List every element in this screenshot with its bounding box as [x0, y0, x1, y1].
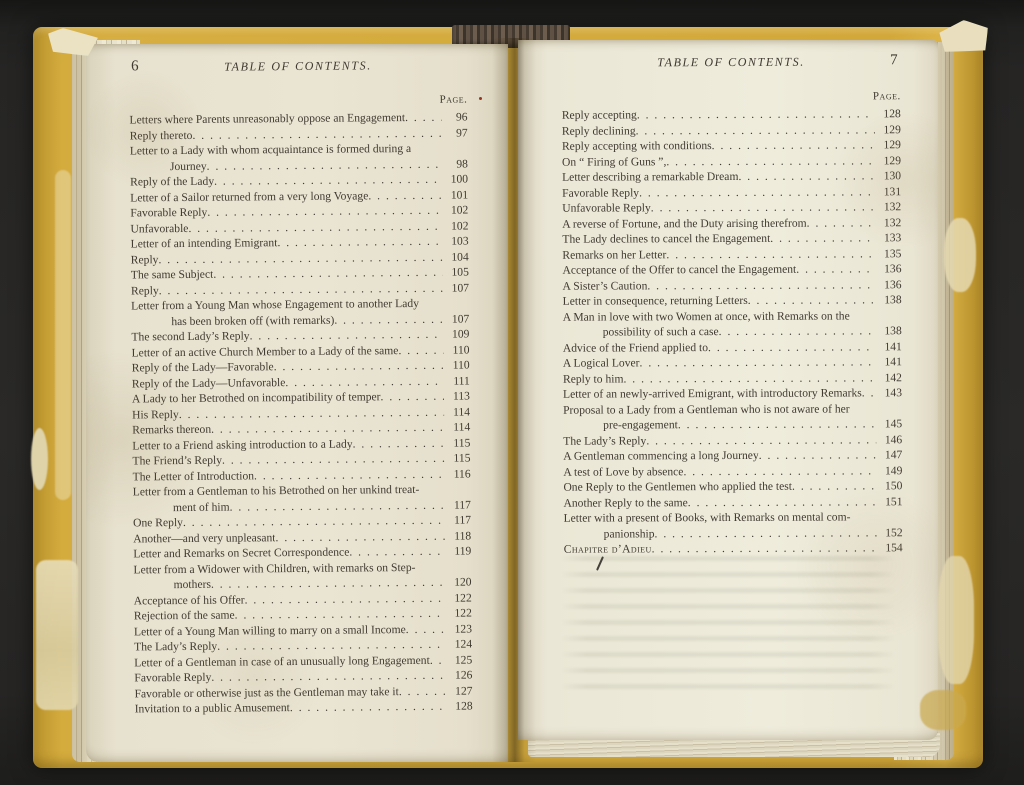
toc-entry-page-number: 97	[442, 125, 468, 141]
leader-dots	[666, 153, 875, 169]
left-page-column-label: Page.	[129, 94, 467, 112]
toc-entry-line: The Letter of Introduction116	[133, 466, 471, 484]
toc-entry-line: A Man in love with two Women at once, wi…	[563, 308, 902, 325]
leader-dots	[796, 261, 875, 277]
toc-entry-title: Letter of an newly-arrived Emigrant, wit…	[563, 385, 862, 402]
toc-entry-line: A test of Love by absence149	[563, 463, 902, 480]
toc-entry: Reply accepting with conditions129	[562, 137, 901, 154]
toc-entry-line: Acceptance of the Offer to cancel the En…	[562, 261, 901, 278]
leader-dots	[639, 184, 875, 201]
toc-entry-page-number: 154	[877, 540, 903, 556]
leader-dots	[792, 478, 876, 494]
toc-entry-title: Journey	[170, 158, 207, 174]
toc-entry-title: Favorable Reply	[562, 185, 639, 201]
toc-entry: Favorable Reply131	[562, 184, 901, 201]
leader-dots	[647, 277, 875, 293]
leader-dots	[405, 110, 442, 126]
toc-entry-line: The Lady declines to cancel the Engageme…	[562, 230, 901, 247]
leader-dots	[349, 544, 445, 560]
leader-dots	[683, 463, 876, 479]
toc-entry-line: Letter with a present of Books, with Rem…	[564, 509, 903, 526]
toc-entry-title: Letter from a Gentleman to his Betrothed…	[133, 483, 420, 499]
toc-entry: The Lady declines to cancel the Engageme…	[562, 230, 901, 247]
toc-entry-title: Reply of the Lady	[130, 174, 214, 190]
toc-entry-line: Reply thereto97	[130, 125, 468, 143]
toc-entry-title: A Logical Lover	[563, 355, 640, 371]
toc-entry: Another Reply to the same151	[563, 494, 902, 511]
toc-entry-page-number: 129	[875, 137, 901, 153]
toc-entry: Letter in consequence, returning Letters…	[563, 292, 902, 309]
toc-entry-title: Reply	[131, 252, 159, 268]
toc-entry-title: mothers	[174, 577, 211, 593]
toc-entry-line: pre-engagement145	[563, 416, 902, 433]
toc-entry: Remarks on her Letter135	[562, 246, 901, 263]
leader-dots	[380, 389, 444, 405]
toc-entry-page-number: 118	[445, 528, 471, 544]
leader-dots	[275, 528, 445, 545]
toc-entry-title: The Lady’s Reply	[563, 433, 646, 449]
toc-entry-title: A Man in love with two Women at once, wi…	[563, 309, 850, 323]
toc-entry-page-number: 110	[443, 342, 469, 358]
leader-dots	[235, 606, 446, 623]
toc-entry-line: Letter describing a remarkable Dream130	[562, 168, 901, 185]
toc-entry-page-number: 146	[876, 432, 902, 448]
toc-entry-line: Chapitre d’Adieu154	[564, 540, 903, 557]
toc-entry-page-number: 98	[442, 156, 468, 172]
toc-entry-title: Reply to him	[563, 371, 624, 387]
toc-entry: Chapitre d’Adieu154	[564, 540, 903, 557]
leader-dots	[368, 187, 442, 203]
leader-dots	[738, 168, 875, 184]
toc-entry-title: Reply of the Lady—Favorable	[132, 359, 274, 376]
toc-entry-page-number: 136	[876, 277, 902, 293]
leader-dots	[254, 466, 445, 483]
leader-dots	[285, 373, 444, 390]
leader-dots	[623, 370, 876, 387]
toc-entry-page-number: 115	[444, 435, 470, 451]
leader-dots	[244, 590, 445, 607]
toc-entry-title: One Reply	[133, 515, 183, 531]
toc-entry-page-number: 128	[447, 698, 473, 714]
toc-entry-page-number: 120	[446, 574, 472, 590]
toc-entry-title: The same Subject	[131, 267, 214, 283]
toc-entry-line: Invitation to a public Amusement128	[135, 698, 473, 716]
toc-entry-title: Letter from a Young Man whose Engagement…	[131, 297, 419, 313]
toc-entry-title: Remarks thereon	[132, 422, 211, 438]
toc-entry: One Reply to the Gentlemen who applied t…	[563, 478, 902, 495]
toc-entry-title: Rejection of the same	[134, 608, 235, 624]
toc-entry-page-number: 117	[445, 512, 471, 528]
toc-entry-title: Proposal to a Lady from a Gentleman who …	[563, 402, 850, 416]
toc-entry-title: The Lady’s Reply	[134, 639, 217, 655]
toc-entry-page-number: 125	[446, 652, 472, 668]
leader-dots	[770, 230, 875, 246]
toc-entry: Letter and Remarks on Secret Corresponde…	[133, 543, 471, 561]
toc-entry-page-number: 102	[442, 202, 468, 218]
toc-entry-title: Another Reply to the same	[563, 495, 687, 511]
toc-entry-title: Letter and Remarks on Secret Corresponde…	[133, 545, 349, 562]
toc-entry-title: Letter with a present of Books, with Rem…	[564, 510, 851, 524]
toc-entry-line: possibility of such a case138	[563, 323, 902, 340]
toc-entry-title: Acceptance of his Offer	[134, 592, 245, 608]
toc-entry: A reverse of Fortune, and the Duty arisi…	[562, 215, 901, 232]
toc-entry: A Man in love with two Women at once, wi…	[563, 308, 902, 340]
toc-entry-title: Reply	[131, 283, 159, 299]
toc-entry-page-number: 142	[876, 370, 902, 386]
toc-entry-line: panionship152	[564, 525, 903, 542]
leader-dots	[807, 215, 876, 231]
toc-entry: The Letter of Introduction116	[133, 466, 471, 484]
toc-entry-page-number: 122	[446, 605, 472, 621]
toc-entry-title: Letter describing a remarkable Dream	[562, 169, 738, 185]
leader-dots	[398, 342, 443, 358]
leader-dots	[353, 435, 445, 451]
toc-entry: Letter of an newly-arrived Emigrant, wit…	[563, 385, 902, 402]
toc-entry-page-number: 113	[444, 388, 470, 404]
toc-entry-line: Reply accepting with conditions129	[562, 137, 901, 154]
toc-entry-page-number: 124	[446, 636, 472, 652]
toc-entry-page-number: 131	[875, 184, 901, 200]
toc-entry-line: One Reply to the Gentlemen who applied t…	[563, 478, 902, 495]
leader-dots	[639, 354, 875, 371]
toc-entry-page-number: 130	[875, 168, 901, 184]
red-speck	[479, 97, 482, 100]
toc-entry-title: Another—and very unpleasant	[133, 530, 275, 547]
right-page-header: TABLE OF CONTENTS. 7	[562, 52, 901, 75]
leader-dots	[277, 234, 442, 251]
leader-dots	[688, 494, 877, 510]
toc-entry-page-number: 101	[442, 187, 468, 203]
toc-entry-page-number: 141	[876, 339, 902, 355]
toc-entry: Letter from a Young Man whose Engagement…	[131, 295, 469, 329]
toc-entry-page-number: 110	[444, 357, 470, 373]
toc-entry-title: Unfavorable	[130, 220, 188, 236]
toc-entry-page-number: 135	[875, 246, 901, 262]
toc-entry-line: Remarks on her Letter135	[562, 246, 901, 263]
toc-entry-title: Advice of the Friend applied to	[563, 340, 708, 356]
toc-entry: A test of Love by absence149	[563, 463, 902, 480]
toc-entry-line: Letter and Remarks on Secret Corresponde…	[133, 543, 471, 561]
toc-entry-line: On “ Firing of Guns ”,129	[562, 153, 901, 170]
toc-entry-title: Reply accepting with conditions	[562, 138, 712, 154]
toc-entry-title: One Reply to the Gentlemen who applied t…	[563, 479, 792, 495]
toc-entry-page-number: 136	[875, 261, 901, 277]
toc-entry-line: A Gentleman commencing a long Journey147	[563, 447, 902, 464]
toc-entry: Letter from a Widower with Children, wit…	[133, 559, 471, 593]
toc-entry-title: Acceptance of the Offer to cancel the En…	[562, 262, 796, 279]
toc-entry-title: has been broken off (with remarks)	[171, 312, 334, 329]
toc-entry-title: Letter from a Widower with Children, wit…	[133, 560, 415, 575]
toc-entry-page-number: 96	[441, 110, 467, 126]
toc-entry-line: The Lady’s Reply146	[563, 432, 902, 449]
toc-entry-page-number: 109	[443, 326, 469, 342]
toc-entry: A Logical Lover141	[563, 354, 902, 371]
right-folio-number: 7	[890, 52, 899, 69]
toc-entry-page-number: 129	[875, 153, 901, 169]
toc-entry-title: Reply of the Lady—Unfavorable	[132, 375, 286, 392]
leader-dots	[230, 497, 445, 514]
toc-entry-line: Unfavorable Reply132	[562, 199, 901, 216]
left-page: 6 TABLE OF CONTENTS. Page. Letters where…	[86, 44, 508, 762]
leader-dots	[719, 323, 876, 339]
toc-entry: A Gentleman commencing a long Journey147	[563, 447, 902, 464]
toc-entry-title: panionship	[604, 526, 655, 542]
leader-dots	[759, 447, 877, 463]
toc-entry-page-number: 127	[446, 683, 472, 699]
toc-entry-title: On “ Firing of Guns ”,	[562, 154, 666, 170]
toc-entry-line: Reply accepting128	[562, 106, 901, 123]
toc-entry-title: Invitation to a public Amusement	[135, 700, 290, 717]
leader-dots	[637, 106, 875, 123]
toc-entry-page-number: 123	[446, 621, 472, 637]
toc-entry-page-number: 103	[443, 233, 469, 249]
toc-entry-page-number: 102	[442, 218, 468, 234]
right-running-title: TABLE OF CONTENTS.	[657, 55, 805, 71]
leader-dots	[651, 199, 876, 215]
toc-entry-page-number: 107	[443, 311, 469, 327]
toc-entry-page-number: 100	[442, 171, 468, 187]
toc-entry-page-number: 132	[875, 215, 901, 231]
right-toc-list: Reply accepting128Reply declining129Repl…	[562, 106, 903, 557]
toc-entry-page-number: 133	[875, 230, 901, 246]
toc-entry-page-number: 132	[875, 199, 901, 215]
toc-entry: Letter with a present of Books, with Rem…	[564, 509, 903, 541]
leader-dots	[250, 327, 444, 344]
toc-entry-page-number: 119	[445, 543, 471, 559]
toc-entry: Acceptance of the Offer to cancel the En…	[562, 261, 901, 278]
toc-entry-title: Remarks on her Letter	[562, 247, 666, 263]
toc-entry-title: A Sister’s Caution	[563, 278, 648, 294]
toc-entry-page-number: 104	[443, 249, 469, 265]
leader-dots	[646, 432, 876, 449]
toc-entry-page-number: 128	[875, 106, 901, 122]
leader-dots	[708, 339, 876, 355]
toc-entry-page-number: 117	[445, 497, 471, 513]
toc-entry-line: Letter of an newly-arrived Emigrant, wit…	[563, 385, 902, 402]
toc-entry-line: Letter in consequence, returning Letters…	[563, 292, 902, 309]
toc-entry-title: The Lady declines to cancel the Engageme…	[562, 231, 770, 247]
right-page-column-label: Page.	[562, 90, 901, 106]
toc-entry-title: possibility of such a case	[603, 324, 719, 340]
toc-entry-line: A Logical Lover141	[563, 354, 902, 371]
toc-entry: Reply declining129	[562, 122, 901, 139]
toc-entry-title: His Reply	[132, 407, 179, 423]
toc-entry-page-number: 143	[876, 385, 902, 401]
toc-entry-title: Favorable Reply	[134, 670, 211, 686]
toc-entry-page-number: 114	[444, 419, 470, 435]
toc-entry: Reply to him142	[563, 370, 902, 387]
toc-entry-page-number: 105	[443, 264, 469, 280]
toc-entry-page-number: 138	[876, 292, 902, 308]
toc-entry-page-number: 115	[444, 450, 470, 466]
toc-entry-page-number: 114	[444, 404, 470, 420]
toc-entry: Invitation to a public Amusement128	[135, 698, 473, 716]
toc-entry-title: Reply thereto	[130, 127, 193, 143]
toc-entry-page-number: 145	[876, 416, 902, 432]
toc-entry: A Sister’s Caution136	[563, 277, 902, 294]
leader-dots	[712, 137, 875, 153]
toc-entry-page-number: 107	[443, 280, 469, 296]
leader-dots	[399, 683, 447, 699]
toc-entry-page-number: 126	[446, 667, 472, 683]
left-toc-list: Letters where Parents unreasonably oppos…	[129, 110, 472, 717]
toc-entry: Advice of the Friend applied to141	[563, 339, 902, 356]
left-running-title: TABLE OF CONTENTS.	[224, 58, 372, 74]
toc-entry-page-number: 152	[877, 525, 903, 541]
toc-entry: Letter describing a remarkable Dream130	[562, 168, 901, 185]
toc-entry: Proposal to a Lady from a Gentleman who …	[563, 401, 902, 433]
toc-entry-title: The second Lady’s Reply	[131, 328, 249, 345]
toc-entry-title: Favorable Reply	[130, 205, 207, 221]
toc-entry-title: pre-engagement	[603, 417, 678, 433]
toc-entry-title: A test of Love by absence	[563, 464, 683, 480]
leader-dots	[862, 385, 876, 401]
toc-entry-page-number: 149	[876, 463, 902, 479]
toc-entry-title: Letter of an intending Emigrant	[131, 235, 278, 252]
toc-entry: Letter from a Gentleman to his Betrothed…	[133, 481, 471, 515]
toc-entry-page-number: 141	[876, 354, 902, 370]
gutter-shadow	[492, 38, 536, 762]
toc-entry-title: Reply accepting	[562, 107, 637, 123]
toc-entry-page-number: 111	[444, 373, 470, 389]
toc-entry-title: The Friend’s Reply	[132, 453, 222, 469]
leader-dots	[666, 246, 875, 262]
leader-dots	[652, 540, 877, 556]
leader-dots	[290, 699, 447, 716]
toc-entry-title: The Letter of Introduction	[133, 468, 255, 485]
left-page-header: 6 TABLE OF CONTENTS.	[129, 56, 467, 81]
toc-entry: On “ Firing of Guns ”,129	[562, 153, 901, 170]
toc-entry-line: Proposal to a Lady from a Gentleman who …	[563, 401, 902, 418]
leader-dots	[274, 358, 444, 375]
toc-entry-page-number: 129	[875, 122, 901, 138]
toc-entry-line: Reply to him142	[563, 370, 902, 387]
leader-dots	[654, 525, 876, 541]
toc-entry: Reply accepting128	[562, 106, 901, 123]
leader-dots	[748, 292, 876, 308]
toc-entry-page-number: 138	[876, 323, 902, 339]
toc-entry-line: Another Reply to the same151	[563, 494, 902, 511]
toc-entry: Reply thereto97	[130, 125, 468, 143]
toc-entry-line: Advice of the Friend applied to141	[563, 339, 902, 356]
toc-entry: The Lady’s Reply146	[563, 432, 902, 449]
toc-entry-title: Letter to a Lady with whom acquaintance …	[130, 142, 411, 157]
toc-entry-page-number: 116	[445, 466, 471, 482]
toc-entry-page-number: 150	[876, 478, 902, 494]
toc-entry-title: Unfavorable Reply	[562, 200, 651, 216]
toc-entry-title: Letter in consequence, returning Letters	[563, 293, 748, 309]
toc-entry: Letter to a Lady with whom acquaintance …	[130, 141, 468, 175]
toc-entry-title: A Gentleman commencing a long Journey	[563, 448, 759, 464]
leader-dots	[678, 416, 876, 432]
toc-entry-page-number: 147	[876, 447, 902, 463]
toc-entry-line: A reverse of Fortune, and the Duty arisi…	[562, 215, 901, 232]
toc-entry-line: A Sister’s Caution136	[563, 277, 902, 294]
leader-dots	[430, 652, 447, 668]
toc-entry-title: Chapitre d’Adieu	[564, 541, 652, 557]
left-folio-number: 6	[131, 58, 140, 75]
leader-dots	[334, 311, 443, 327]
leader-dots	[406, 621, 446, 637]
toc-entry-page-number: 122	[446, 590, 472, 606]
toc-entry-page-number: 151	[876, 494, 902, 510]
leader-dots	[636, 122, 875, 139]
toc-entry-title: ment of him	[173, 499, 230, 515]
toc-entry-title: Reply declining	[562, 123, 636, 139]
toc-entry-line: Favorable Reply131	[562, 184, 901, 201]
right-page: TABLE OF CONTENTS. 7 Page. Reply accepti…	[518, 40, 938, 740]
toc-entry: Unfavorable Reply132	[562, 199, 901, 216]
photo-background: 6 TABLE OF CONTENTS. Page. Letters where…	[0, 0, 1024, 785]
toc-entry-title: A reverse of Fortune, and the Duty arisi…	[562, 215, 806, 232]
toc-entry-line: Reply declining129	[562, 122, 901, 139]
